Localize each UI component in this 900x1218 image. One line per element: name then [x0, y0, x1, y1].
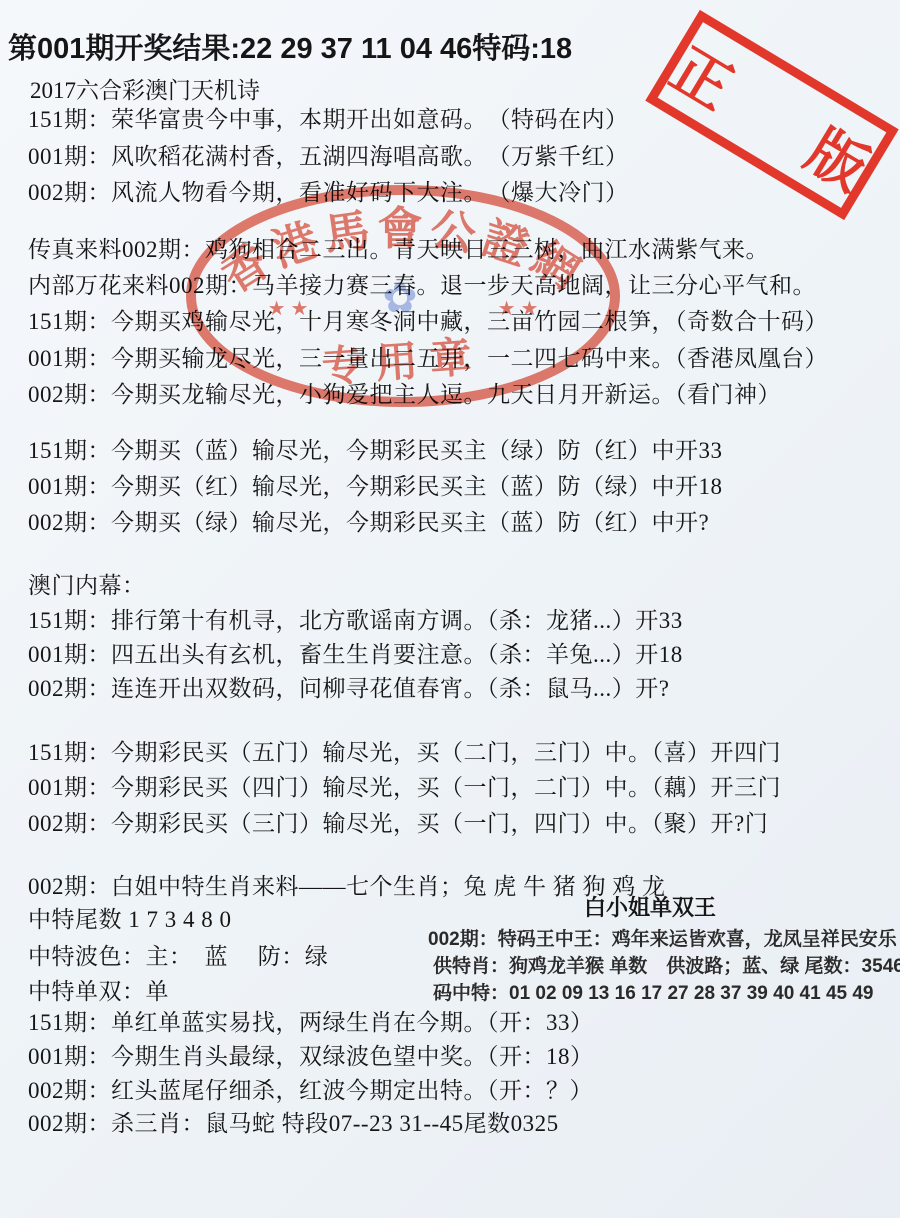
oval-seal-stamp: 香港馬會公證網 ★ ★ ★ ★ ✿ 专用章	[178, 180, 628, 412]
insider-line: 002期：连连开出双数码，问柳寻花值春宵。（杀：鼠马...）开?	[28, 670, 669, 703]
gate-tip-line: 001期：今期彩民买（四门）输尽光，买（一门，二门）中。（藕）开三门	[28, 769, 781, 802]
flower-emblem-icon: ✿	[382, 276, 417, 322]
oval-seal-stars-left: ★ ★	[268, 298, 309, 320]
color-tip-line: 002期：今期买（绿）输尽光，今期彩民买主（蓝）防（红）中开?	[28, 504, 709, 537]
baixiaojie-line: 码中特：01 02 09 13 16 17 27 28 37 39 40 41 …	[433, 978, 874, 1005]
oval-seal-stars-right: ★ ★	[498, 298, 539, 320]
insider-line: 151期：排行第十有机寻，北方歌谣南方调。（杀：龙猪...）开33	[28, 602, 683, 635]
baijie-left-line: 中特尾数 1 7 3 4 8 0	[28, 901, 232, 934]
baixiaojie-title: 白小姐单双王	[425, 891, 875, 922]
genuine-stamp: 正 版	[645, 10, 898, 220]
page-title: 第001期开奖结果:22 29 37 11 04 46特码:18	[8, 26, 572, 67]
baixiaojie-line: 供特肖：狗鸡龙羊猴 单数 供波路；蓝、绿 尾数：3546	[433, 951, 900, 978]
section-title: 澳门内幕：	[28, 567, 146, 600]
oval-seal-bottom-text: 专用章	[320, 332, 485, 390]
result-line: 151期：单红单蓝实易找，两绿生肖在今期。（开：33）	[28, 1004, 594, 1037]
baijie-left-line: 中特单双：单	[28, 973, 169, 1006]
gate-tip-line: 002期：今期彩民买（三门）输尽光，买（一门，四门）中。（聚）开?门	[28, 805, 768, 838]
poem-line: 001期：风吹稻花满村香，五湖四海唱高歌。 （万紫千红）	[28, 138, 629, 171]
result-line: 001期：今期生肖头最绿，双绿波色望中奖。（开：18）	[28, 1038, 594, 1071]
gate-tip-line: 151期：今期彩民买（五门）输尽光，买（二门，三门）中。（喜）开四门	[28, 734, 781, 767]
baijie-left-line: 中特波色：主： 蓝 防：绿	[28, 938, 328, 971]
result-line: 002期：杀三肖：鼠马蛇 特段07--23 31--45尾数0325	[28, 1105, 559, 1138]
poem-line: 151期：荣华富贵今中事，本期开出如意码。 （特码在内）	[28, 101, 629, 134]
insider-line: 001期：四五出头有玄机，畜生生肖要注意。（杀：羊兔...）开18	[28, 636, 683, 669]
genuine-stamp-label: 正 版	[658, 23, 900, 228]
result-line: 002期：红头蓝尾仔细杀，红波今期定出特。（开：？）	[28, 1072, 593, 1105]
baixiaojie-line: 002期：特码王中王：鸡年来运皆欢喜，龙凤呈祥民安乐	[428, 924, 897, 951]
color-tip-line: 001期：今期买（红）输尽光，今期彩民买主（蓝）防（绿）中开18	[28, 468, 723, 501]
color-tip-line: 151期：今期买（蓝）输尽光，今期彩民买主（绿）防（红）中开33	[28, 432, 723, 465]
